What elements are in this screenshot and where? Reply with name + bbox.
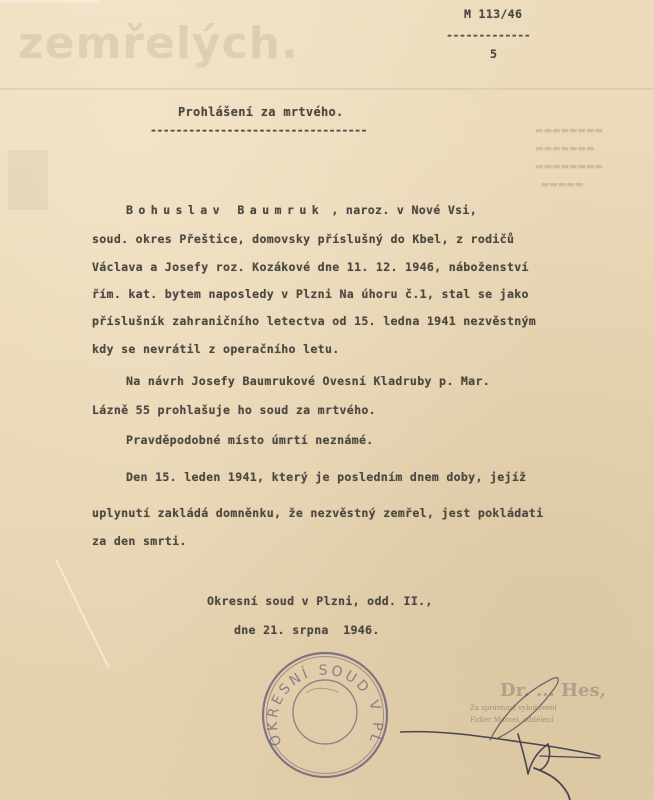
body-line-2: soud. okres Přeštice, domovsky příslušný… (92, 232, 514, 246)
page-number: 5 (490, 47, 497, 61)
court-stamp-icon: OKRESNÍ SOUD V PL (258, 648, 392, 782)
bleed-through-smudge (8, 150, 48, 210)
body-line-12: za den smrti. (92, 534, 187, 548)
paper-fold-crease (55, 559, 109, 668)
body-line-4: řím. kat. bytem naposledy v Plzni Na úho… (92, 287, 529, 301)
stamp-text: OKRESNÍ SOUD V PL (265, 663, 385, 748)
paper-torn-edge (0, 0, 100, 3)
declared-person-name: Bohuslav Baumruk (126, 203, 324, 217)
reference-number: M 113/46 (464, 7, 522, 21)
body-line-11: uplynutí zakládá domněnku, že nezvěstný … (92, 506, 543, 520)
bleed-through-rule (0, 88, 654, 90)
bleed-through-heading: zemřelých. (18, 18, 299, 69)
handwritten-signature-icon (400, 670, 654, 800)
body-line-6: kdy se nevrátil z operačního letu. (92, 342, 340, 356)
document-title: Prohlášení za mrtvého. (178, 105, 344, 119)
birth-place-text: , naroz. v Nové Vsi, (324, 203, 477, 217)
body-line-3: Václava a Josefy roz. Kozákové dne 11. 1… (92, 260, 529, 274)
bleed-through-text-block: ▬▬▬▬▬▬▬▬▬▬▬▬▬▬▬▬▬▬▬▬▬▬▬ ▬▬▬▬▬ (535, 122, 645, 194)
body-line-1: Bohuslav Baumruk , naroz. v Nové Vsi, (126, 203, 477, 217)
issue-date: dne 21. srpna 1946. (234, 623, 380, 637)
body-line-8: Lázně 55 prohlašuje ho soud za mrtvého. (92, 403, 376, 417)
body-line-5: příslušník zahraničního letectva od 15. … (92, 314, 536, 328)
body-line-9: Pravděpodobné místo úmrtí neznámé. (126, 433, 374, 447)
body-line-7: Na návrh Josefy Baumrukové Ovesní Kladru… (126, 374, 490, 388)
issuing-court: Okresní soud v Plzni, odd. II., (207, 594, 433, 608)
body-line-10: Den 15. leden 1941, který je posledním d… (126, 470, 526, 484)
scanned-document-page: zemřelých. ▬▬▬▬▬▬▬▬▬▬▬▬▬▬▬▬▬▬▬▬▬▬▬ ▬▬▬▬▬… (0, 0, 654, 800)
reference-underline: ------------- (446, 28, 530, 42)
svg-text:OKRESNÍ SOUD V PL: OKRESNÍ SOUD V PL (265, 663, 385, 748)
title-underline: ---------------------------------- (150, 123, 367, 137)
